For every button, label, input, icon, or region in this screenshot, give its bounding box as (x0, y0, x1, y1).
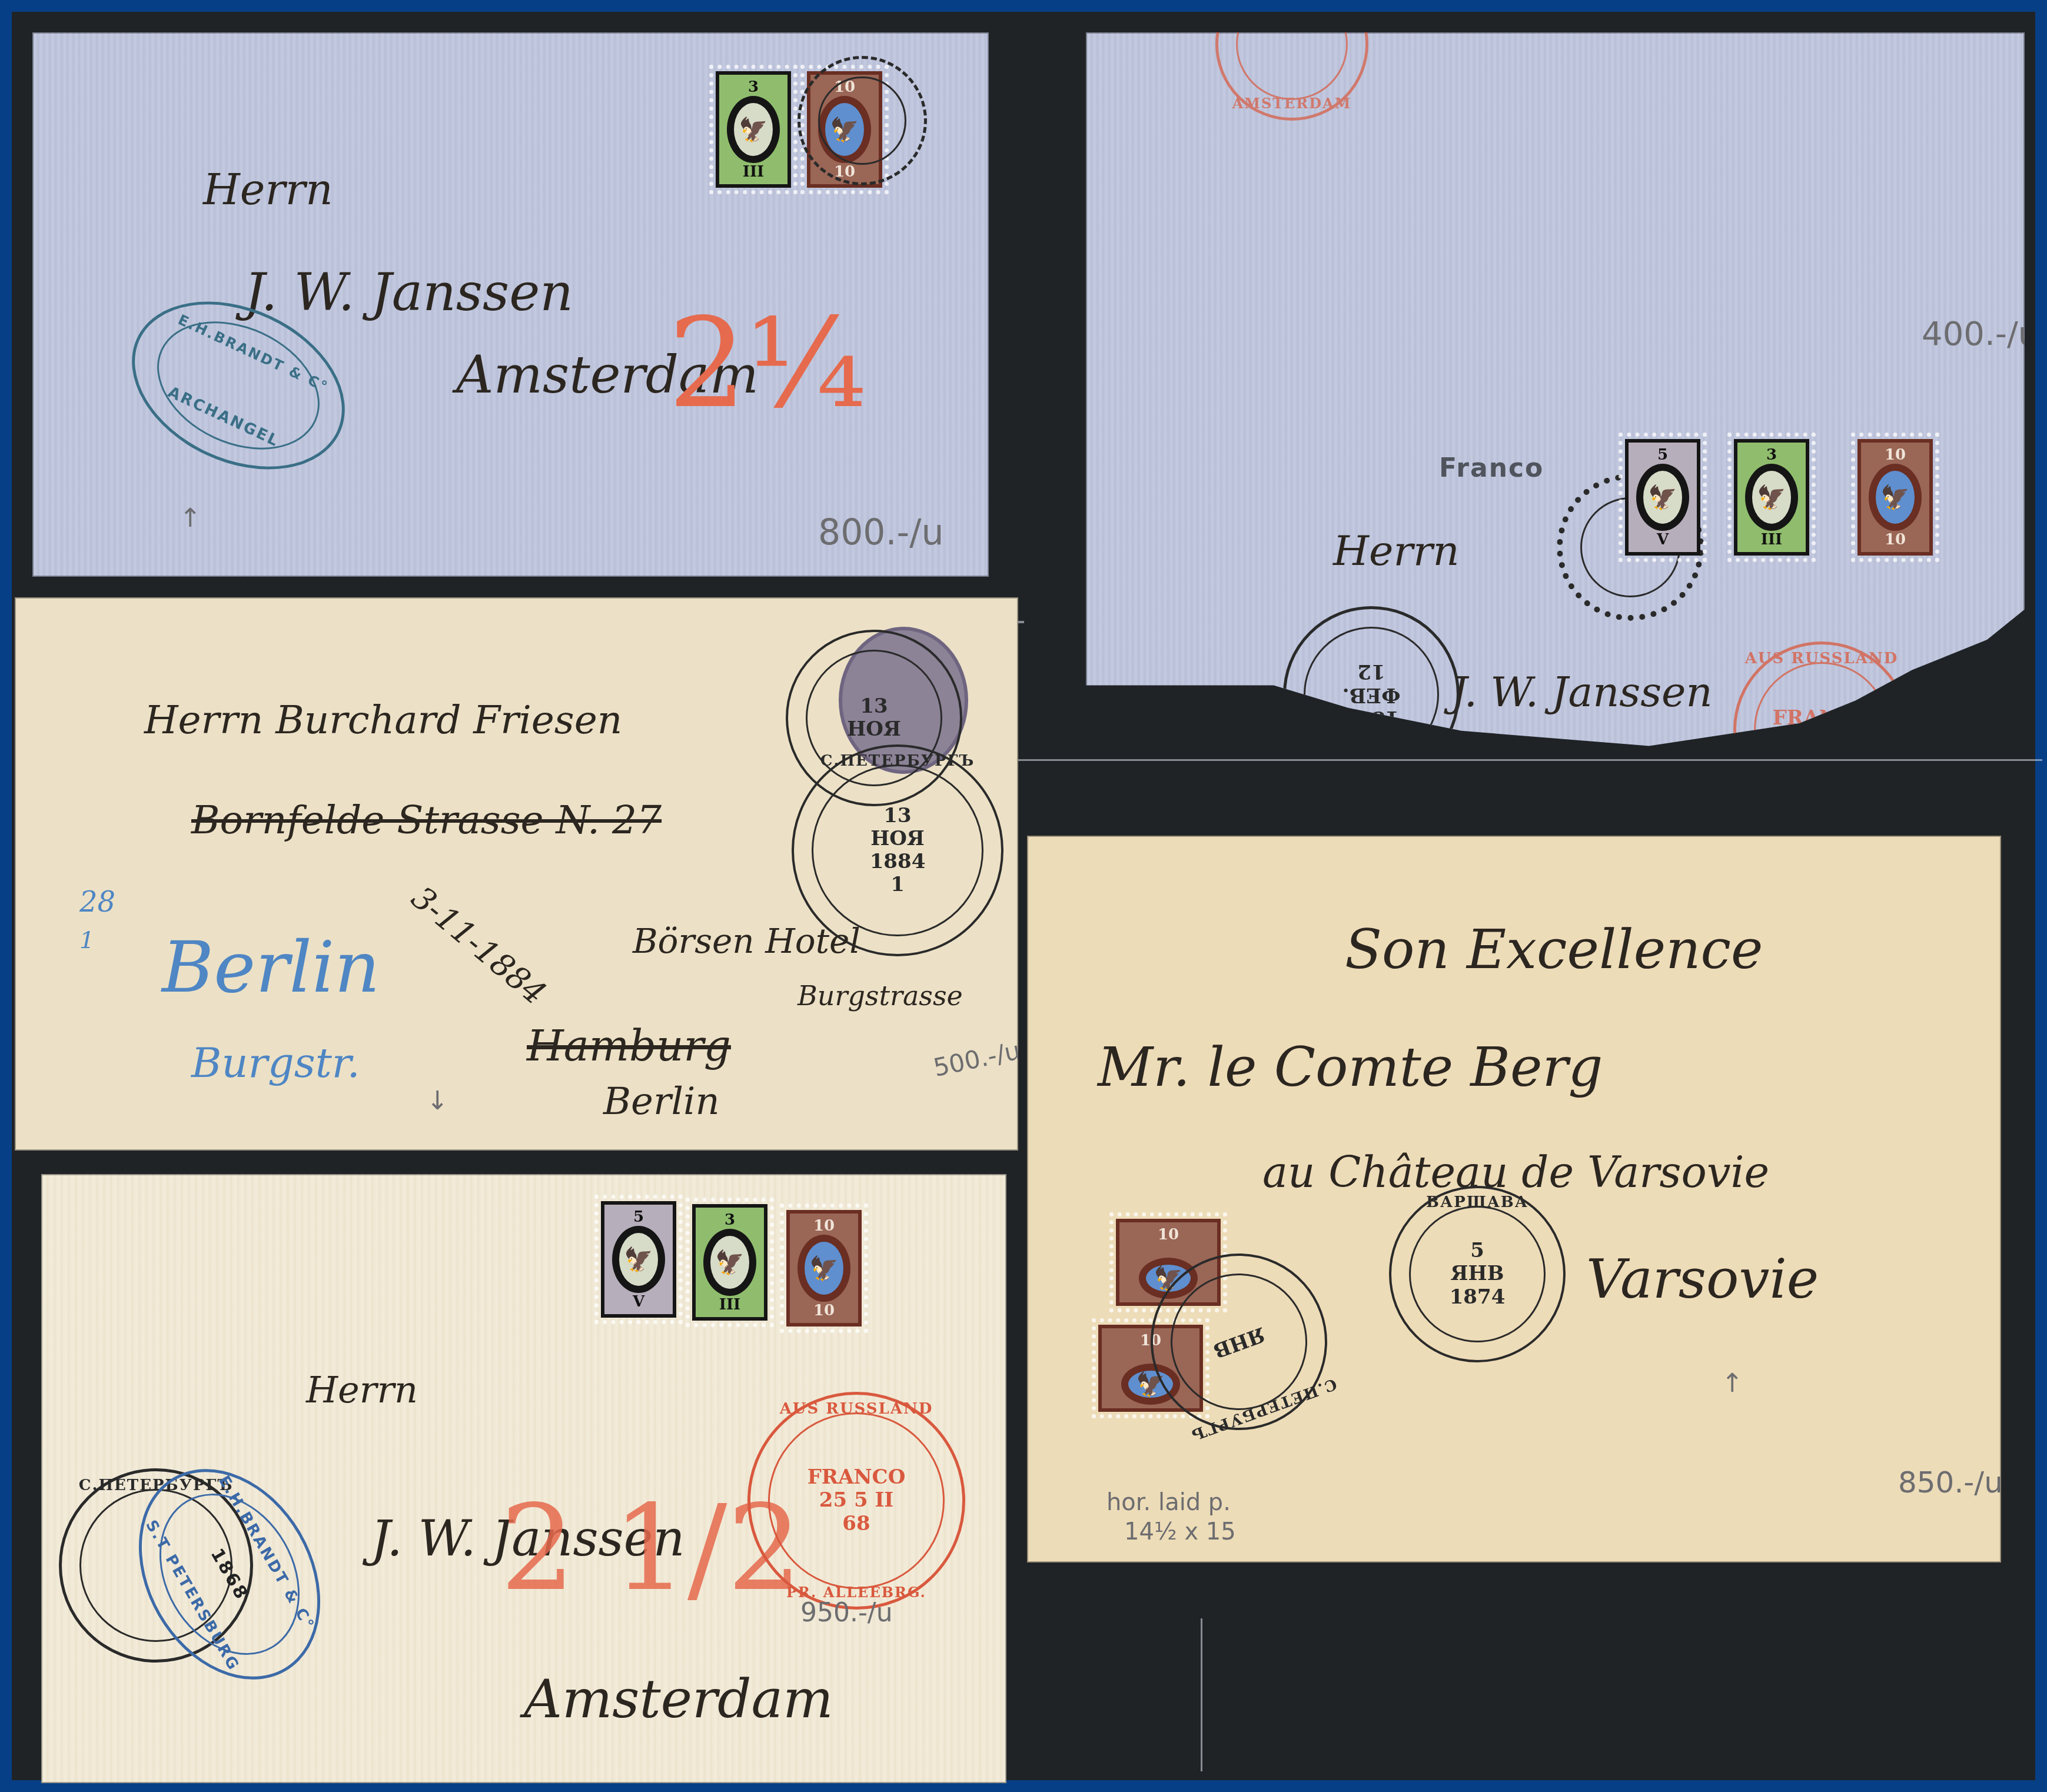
address-street-struck: Bornfelde Strasse N. 27 (191, 797, 662, 843)
eagle-icon: 🦅 (1745, 464, 1798, 531)
eagle-icon: 🦅 (1636, 464, 1689, 531)
postmark (797, 56, 927, 185)
red-postage-marking: 2¼ (668, 291, 866, 435)
eagle-icon: 🦅 (797, 1235, 850, 1302)
address-name: Herrn Burchard Friesen (144, 697, 622, 743)
forwarding-date-note: 3-11-1884 (404, 879, 553, 1012)
address-name: J. W. Janssen (244, 262, 573, 323)
address-city: Amsterdam (524, 1668, 833, 1730)
stamp-5-kop: 5 🦅 V (594, 1195, 683, 1324)
stamp-3-kop: 3 🦅 III (686, 1198, 774, 1327)
address-city: Varsovie (1586, 1248, 1819, 1311)
pencil-arrow: ↑ (1722, 1368, 1743, 1398)
pencil-note: 14½ x 15 (1124, 1518, 1236, 1545)
blue-note-city: Berlin (162, 927, 380, 1009)
sleeve-edge (1012, 759, 2042, 761)
pencil-price: 950.-/u (800, 1598, 893, 1628)
pencil-price: 800.-/u (818, 512, 944, 553)
forwarding-city: Berlin (603, 1080, 720, 1123)
address-salutation: Herrn (1333, 527, 1459, 575)
franco-handstamp: Franco (1439, 453, 1544, 483)
stamp-10-kop: 10 🦅 10 (1851, 433, 1939, 562)
eagle-icon: 🦅 (703, 1229, 756, 1296)
address-line: au Château de Varsovie (1262, 1148, 1769, 1197)
address-name: J. W. Janssen (1451, 668, 1713, 716)
stamp-5-kop: 5 🦅 V (1619, 433, 1707, 562)
address-title: Son Excellence (1345, 918, 1763, 981)
stamp-3-kop: 3 🦅 III (1727, 433, 1816, 562)
stamp-10-kop: 10 🦅 10 (780, 1203, 868, 1333)
pencil-arrow: ↑ (180, 503, 201, 533)
top-postmark: AMSTERDAM (1215, 32, 1368, 121)
forwarding-hotel: Börsen Hotel (633, 921, 860, 961)
pencil-price: 850.-/u (1898, 1465, 2001, 1500)
blue-note-number: 1 (79, 927, 94, 954)
pencil-price: 500.-/u (931, 1036, 1018, 1082)
blue-note-number: 28 (79, 886, 115, 919)
cover-varsovie: Son Excellence Mr. le Comte Berg au Chât… (1027, 836, 2001, 1562)
forwarding-street: Burgstrasse (797, 980, 963, 1012)
eagle-icon: 🦅 (1869, 464, 1922, 531)
sleeve-edge (1201, 1618, 1202, 1771)
address-salutation: Herrn (203, 165, 333, 214)
eagle-icon: 🦅 (727, 96, 780, 163)
eagle-icon: 🦅 (612, 1226, 665, 1293)
address-salutation: Herrn (306, 1368, 418, 1411)
blue-note-street: Burgstr. (191, 1039, 360, 1087)
stamp-3-kop: 3 🦅 III (709, 65, 797, 194)
cover-archangel: 3 🦅 III 10 🦅 10 Herrn J. W. Janssen Amst… (32, 32, 989, 577)
pencil-arrow: ↓ (427, 1086, 448, 1116)
aus-russland-postmark: AUS RUSSLAND FRANCO 25 5 II 68 PR. ALLEE… (747, 1392, 965, 1610)
pencil-note: hor. laid p. (1106, 1489, 1231, 1516)
address-name: Mr. le Comte Berg (1098, 1036, 1603, 1099)
warsaw-postmark: ВАРШАВА 5 ЯНВ 1874 (1389, 1186, 1566, 1362)
address-city-struck: Hamburg (527, 1021, 731, 1070)
cover-berlin-envelope: 13 НОЯ С.ПЕТЕРБУРГЪ 13 НОЯ 1884 1 Herrn … (15, 597, 1018, 1151)
cover-st-petersburg: 5 🦅 V 3 🦅 III 10 🦅 10 Herrn J. W. Jansse… (41, 1174, 1006, 1783)
cover-janssen-fragment: AMSTERDAM Franco 5 🦅 V 3 🦅 III 10 🦅 10 H… (1086, 32, 2025, 792)
pencil-price: 400.-/u (1922, 315, 2025, 353)
